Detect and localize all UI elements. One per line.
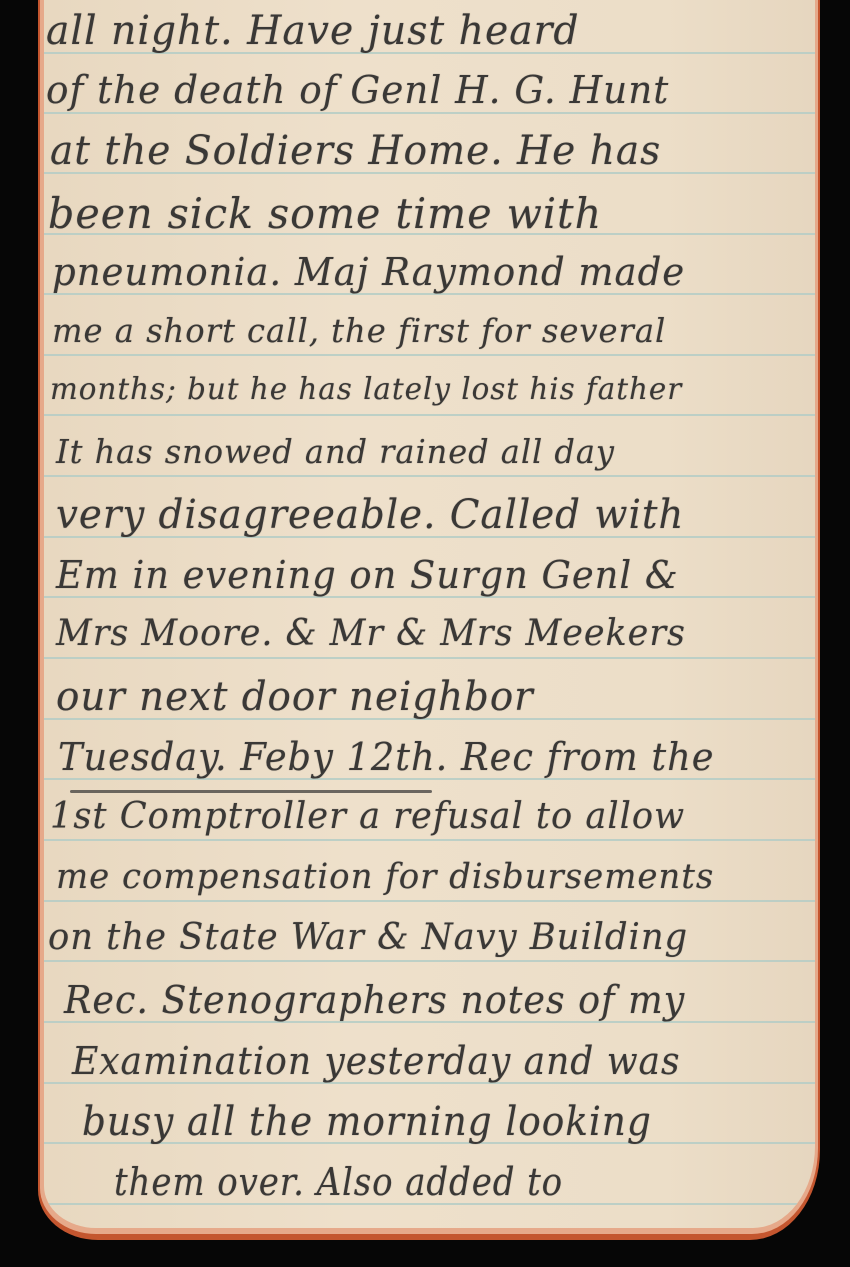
- text-line: of the death of Genl H. G. Hunt: [46, 68, 804, 112]
- text-line: busy all the morning looking: [82, 1099, 804, 1145]
- text-line: 1st Comptroller a refusal to allow: [50, 796, 804, 837]
- text-line: pneumonia. Maj Raymond made: [52, 250, 804, 294]
- text-line: me compensation for disbursements: [56, 857, 804, 897]
- text-line: all night. Have just heard: [46, 8, 804, 54]
- text-line: on the State War & Navy Building: [48, 917, 804, 958]
- text-line: It has snowed and rained all day: [56, 432, 804, 471]
- text-line: Em in evening on Surgn Genl &: [56, 553, 804, 597]
- text-line: me a short call, the first for several: [52, 311, 804, 350]
- text-line: at the Soldiers Home. He has: [50, 128, 804, 174]
- text-line: been sick some time with: [48, 189, 804, 238]
- text-line: them over. Also added to: [114, 1160, 804, 1204]
- text-line: Examination yesterday and was: [72, 1039, 804, 1083]
- notebook-page: all night. Have just heard of the death …: [44, 0, 815, 1228]
- text-line: very disagreeable. Called with: [56, 492, 804, 538]
- text-line: Rec. Stenographers notes of my: [64, 978, 804, 1022]
- text-line: Mrs Moore. & Mr & Mrs Meekers: [56, 613, 804, 654]
- date-heading: Tuesday. Feby 12th. Rec from the: [58, 735, 804, 779]
- text-line: our next door neighbor: [56, 674, 804, 720]
- date-underline: [70, 790, 432, 793]
- text-line: months; but he has lately lost his fathe…: [50, 372, 804, 407]
